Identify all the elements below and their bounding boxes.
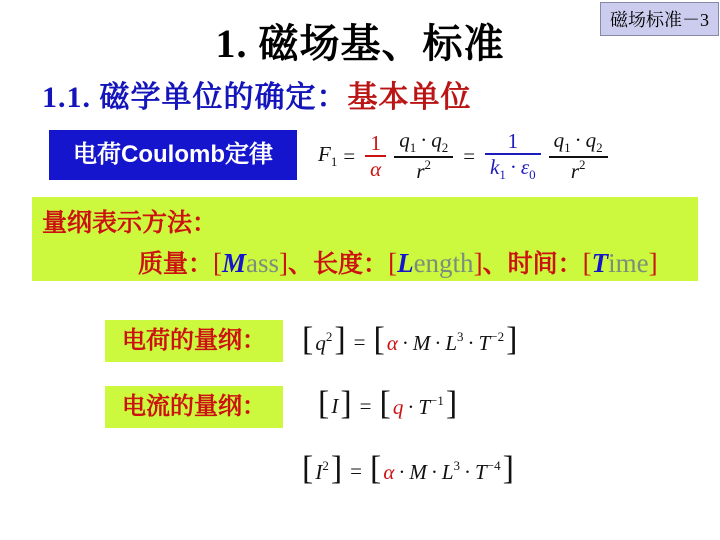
close-bracket: ] xyxy=(334,326,345,355)
math-subscript: 0 xyxy=(529,167,536,182)
open-bracket: [ xyxy=(388,248,397,278)
multiply-dot: · xyxy=(575,128,582,152)
math-variable: q xyxy=(393,395,404,419)
math-variable: T xyxy=(475,460,487,484)
open-bracket: [ xyxy=(213,248,222,278)
subtitle-section-text: 1.1. 磁学单位的确定： xyxy=(42,81,348,114)
math-variable: F xyxy=(318,142,331,166)
math-superscript: 2 xyxy=(322,458,329,473)
math-variable: M xyxy=(413,331,431,355)
slide: 磁场标准－3 1. 磁场基、标准 1.1. 磁学单位的确定：基本单位 电荷Cou… xyxy=(0,0,720,540)
time-label: 时间： xyxy=(508,250,583,278)
current-squared-dimension-formula: [ I2 ] = [ α·M·L3·T−4 ] xyxy=(300,448,516,494)
section-subtitle: 1.1. 磁学单位的确定：基本单位 xyxy=(42,72,472,116)
fraction-denominator: k1·ε0 xyxy=(485,155,541,183)
math-variable: q xyxy=(315,331,326,355)
math-subscript: 1 xyxy=(499,167,506,182)
close-bracket: ] xyxy=(279,248,288,278)
list-separator: 、 xyxy=(288,250,313,278)
dimension-method-units-line: 质量：[Mass]、长度：[Length]、时间：[Time] xyxy=(42,244,688,280)
fraction-numerator: 1 xyxy=(485,129,541,155)
open-bracket: [ xyxy=(302,455,313,484)
math-subscript: 1 xyxy=(564,140,571,155)
fraction-denominator: r2 xyxy=(549,158,608,183)
fraction-charges-over-r2: q1·q2 r2 xyxy=(549,128,608,183)
close-bracket: ] xyxy=(474,248,483,278)
math-superscript: −2 xyxy=(490,329,504,344)
open-bracket: [ xyxy=(370,455,381,484)
dimension-word-rest: ime xyxy=(608,248,649,278)
math-group: q·T−1 xyxy=(393,393,444,420)
math-superscript: −1 xyxy=(430,393,444,408)
math-group: I2 xyxy=(315,458,329,485)
dimension-word-rest: ass xyxy=(246,248,279,278)
dimension-letter: M xyxy=(222,248,246,278)
mass-label: 质量： xyxy=(138,250,213,278)
math-variable: q xyxy=(399,128,410,152)
open-bracket: [ xyxy=(374,326,385,355)
math-group: q2 xyxy=(315,329,332,356)
math-variable: q xyxy=(586,128,597,152)
fraction-numerator: q1·q2 xyxy=(549,128,608,158)
math-superscript: 3 xyxy=(457,329,464,344)
multiply-dot: · xyxy=(468,331,475,355)
list-separator: 、 xyxy=(483,250,508,278)
math-superscript: 2 xyxy=(579,157,586,172)
multiply-dot: · xyxy=(420,128,427,152)
equals-sign: = xyxy=(360,394,372,419)
math-variable: ε xyxy=(521,155,529,179)
multiply-dot: · xyxy=(510,155,517,179)
math-superscript: 3 xyxy=(454,458,461,473)
coulomb-formula: F1 = 1 α q1·q2 r2 = 1 k1·ε0 q1·q2 r2 xyxy=(318,126,612,186)
math-variable: M xyxy=(409,460,427,484)
multiply-dot: · xyxy=(402,331,409,355)
equals-sign: = xyxy=(354,330,366,355)
dimension-method-heading: 量纲表示方法： xyxy=(42,203,688,239)
math-variable: L xyxy=(442,460,454,484)
math-superscript: −4 xyxy=(487,458,501,473)
equals-sign: = xyxy=(350,459,362,484)
current-dimension-label-box: 电流的量纲： xyxy=(105,386,283,428)
math-group: α·M·L3·T−2 xyxy=(387,329,504,356)
fraction-charges-over-r2: q1·q2 r2 xyxy=(394,128,453,183)
math-superscript: 2 xyxy=(326,329,333,344)
fraction-one-over-alpha: 1 α xyxy=(365,131,386,181)
close-bracket: ] xyxy=(506,326,517,355)
charge-dimension-formula: [ q2 ] = [ α·M·L3·T−2 ] xyxy=(300,320,519,364)
fraction-denominator: α xyxy=(365,157,386,181)
length-bracket-group: [Length] xyxy=(388,248,483,278)
multiply-dot: · xyxy=(464,460,471,484)
math-group: α·M·L3·T−4 xyxy=(383,458,500,485)
math-variable: T xyxy=(479,331,491,355)
math-variable: L xyxy=(445,331,457,355)
close-bracket: ] xyxy=(340,390,351,419)
multiply-dot: · xyxy=(434,331,441,355)
close-bracket: ] xyxy=(503,455,514,484)
multiply-dot: · xyxy=(398,460,405,484)
alpha-symbol: α xyxy=(383,460,394,484)
math-variable: q xyxy=(431,128,442,152)
open-bracket: [ xyxy=(318,390,329,419)
open-bracket: [ xyxy=(583,248,592,278)
math-subscript: 2 xyxy=(442,140,449,155)
math-lhs: F1 xyxy=(318,142,337,170)
math-variable: k xyxy=(490,155,499,179)
alpha-symbol: α xyxy=(387,331,398,355)
multiply-dot: · xyxy=(431,460,438,484)
math-variable: r xyxy=(571,159,579,183)
dimension-method-box: 量纲表示方法： 质量：[Mass]、长度：[Length]、时间：[Time] xyxy=(32,197,698,281)
charge-dimension-label-box: 电荷的量纲： xyxy=(105,320,283,362)
fraction-numerator: q1·q2 xyxy=(394,128,453,158)
math-variable: I xyxy=(331,394,338,419)
time-bracket-group: [Time] xyxy=(583,248,658,278)
math-subscript: 1 xyxy=(331,154,338,169)
open-bracket: [ xyxy=(302,326,313,355)
dimension-letter: T xyxy=(592,248,609,278)
multiply-dot: · xyxy=(407,395,414,419)
fraction-denominator: r2 xyxy=(394,158,453,183)
math-superscript: 2 xyxy=(425,157,432,172)
coulomb-law-label-box: 电荷Coulomb定律 xyxy=(49,130,297,180)
page-title: 1. 磁场基、标准 xyxy=(0,12,720,69)
dimension-word-rest: ength xyxy=(414,248,474,278)
dimension-letter: L xyxy=(397,248,414,278)
fraction-one-over-k-eps: 1 k1·ε0 xyxy=(485,129,541,183)
math-variable: q xyxy=(554,128,565,152)
math-subscript: 2 xyxy=(596,140,603,155)
close-bracket: ] xyxy=(649,248,658,278)
equals-sign: = xyxy=(463,144,475,169)
math-subscript: 1 xyxy=(410,140,417,155)
math-variable: r xyxy=(416,159,424,183)
subtitle-highlight-text: 基本单位 xyxy=(348,81,472,114)
current-dimension-formula: [ I ] = [ q·T−1 ] xyxy=(316,384,459,428)
math-variable: T xyxy=(418,395,430,419)
close-bracket: ] xyxy=(331,455,342,484)
equals-sign: = xyxy=(343,144,355,169)
open-bracket: [ xyxy=(380,390,391,419)
close-bracket: ] xyxy=(446,390,457,419)
length-label: 长度： xyxy=(313,250,388,278)
fraction-numerator: 1 xyxy=(365,131,386,157)
mass-bracket-group: [Mass] xyxy=(213,248,288,278)
